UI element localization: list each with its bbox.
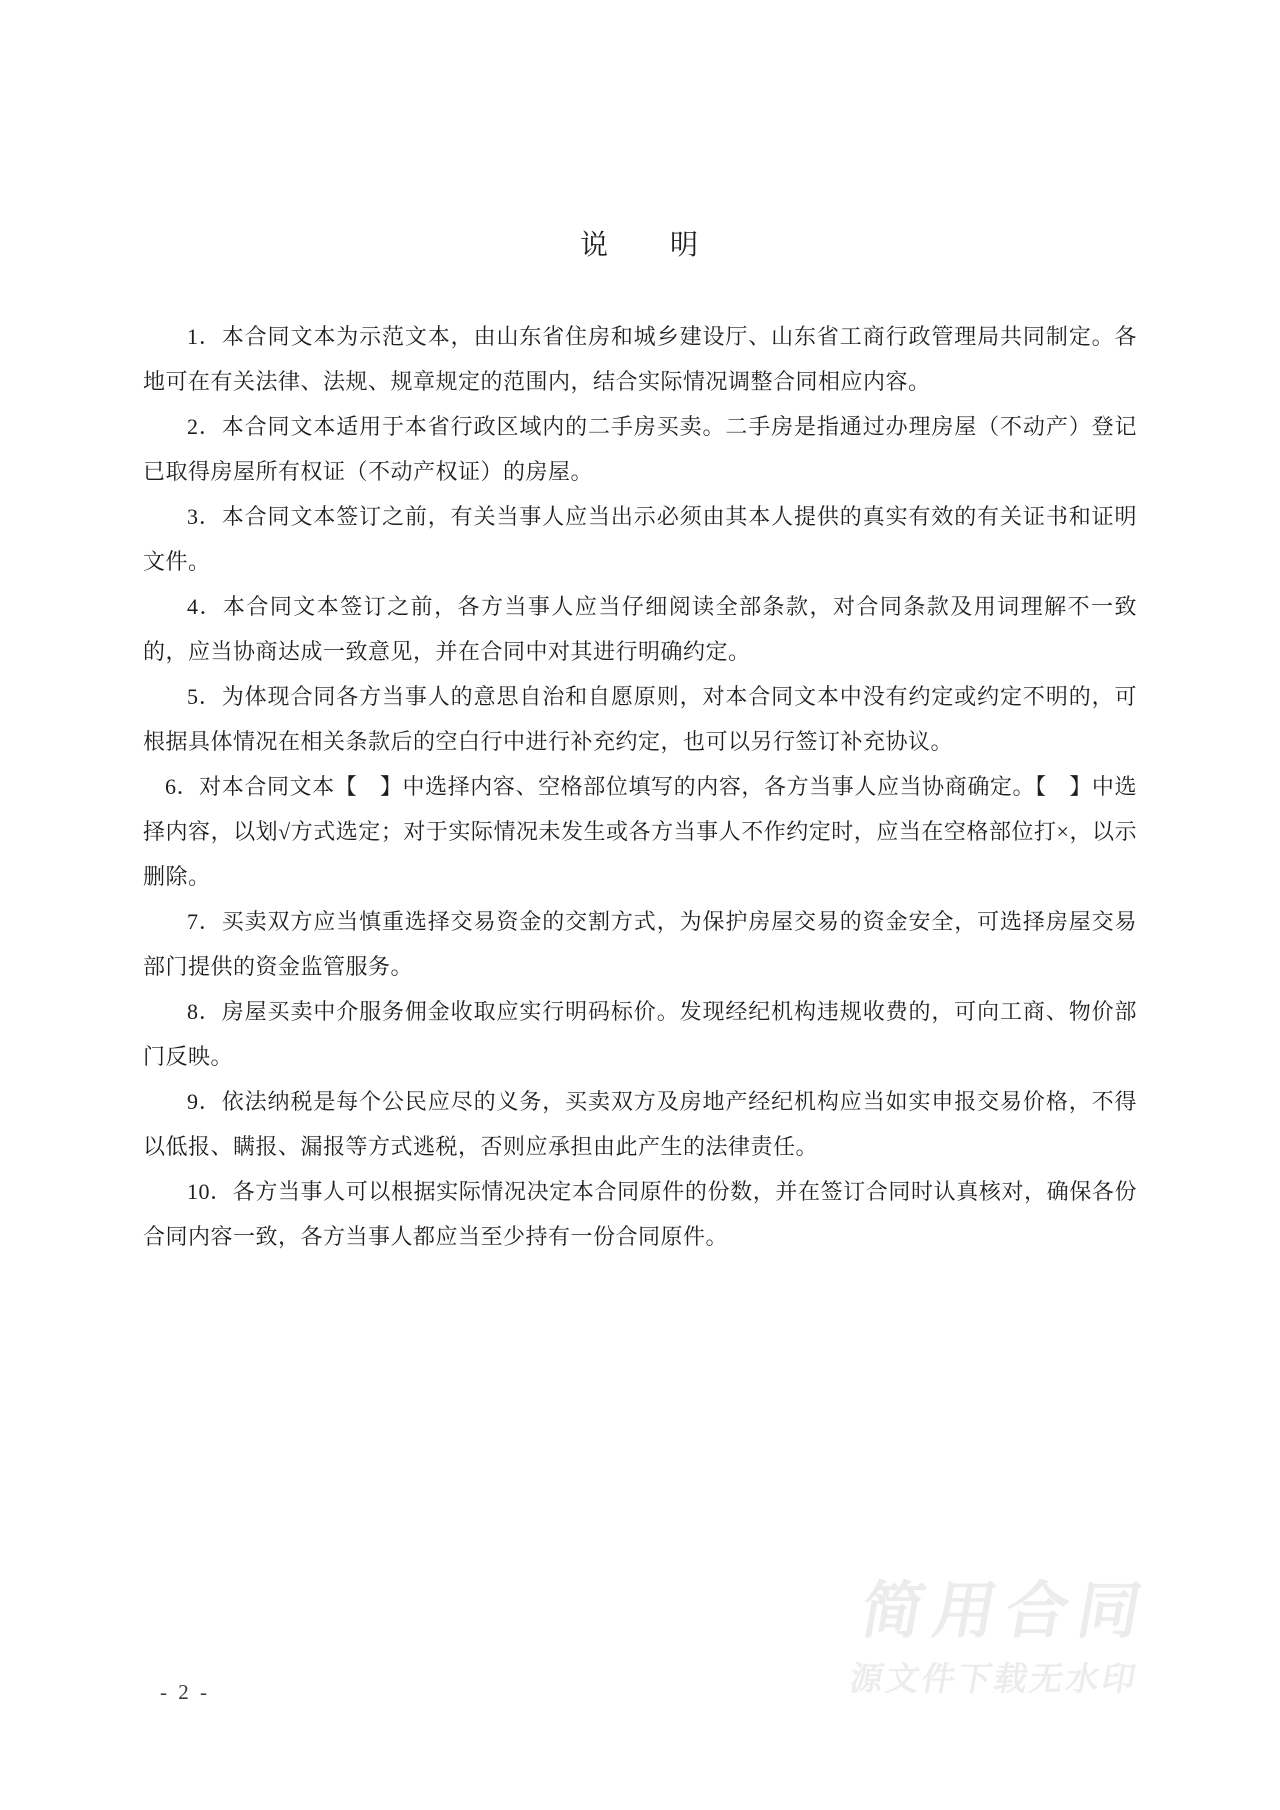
page-title: 说 明 bbox=[143, 228, 1137, 264]
paragraph-9: 9．依法纳税是每个公民应尽的义务，买卖双方及房地产经纪机构应当如实申报交易价格，… bbox=[143, 1079, 1137, 1169]
paragraph-5: 5．为体现合同各方当事人的意思自治和自愿原则，对本合同文本中没有约定或约定不明的… bbox=[143, 674, 1137, 764]
paragraph-1: 1．本合同文本为示范文本，由山东省住房和城乡建设厅、山东省工商行政管理局共同制定… bbox=[143, 314, 1137, 404]
paragraph-10: 10．各方当事人可以根据实际情况决定本合同原件的份数，并在签订合同时认真核对，确… bbox=[143, 1169, 1137, 1259]
document-content: 说 明 1．本合同文本为示范文本，由山东省住房和城乡建设厅、山东省工商行政管理局… bbox=[143, 228, 1137, 1259]
page-number: - 2 - bbox=[160, 1680, 210, 1705]
paragraph-4: 4．本合同文本签订之前，各方当事人应当仔细阅读全部条款，对合同条款及用词理解不一… bbox=[143, 584, 1137, 674]
document-page: 说 明 1．本合同文本为示范文本，由山东省住房和城乡建设厅、山东省工商行政管理局… bbox=[0, 0, 1280, 1810]
watermark-title: 简用合同 bbox=[856, 1578, 1156, 1646]
paragraph-3: 3．本合同文本签订之前，有关当事人应当出示必须由其本人提供的真实有效的有关证书和… bbox=[143, 494, 1137, 584]
paragraph-7: 7．买卖双方应当慎重选择交易资金的交割方式，为保护房屋交易的资金安全，可选择房屋… bbox=[143, 899, 1137, 989]
paragraph-2: 2．本合同文本适用于本省行政区域内的二手房买卖。二手房是指通过办理房屋（不动产）… bbox=[143, 404, 1137, 494]
paragraph-6: 6．对本合同文本【 】中选择内容、空格部位填写的内容，各方当事人应当协商确定。【… bbox=[143, 764, 1137, 899]
watermark: 简用合同 源文件下载无水印 bbox=[847, 1578, 1156, 1698]
watermark-subtitle: 源文件下载无水印 bbox=[847, 1660, 1142, 1698]
paragraph-8: 8．房屋买卖中介服务佣金收取应实行明码标价。发现经纪机构违规收费的，可向工商、物… bbox=[143, 989, 1137, 1079]
